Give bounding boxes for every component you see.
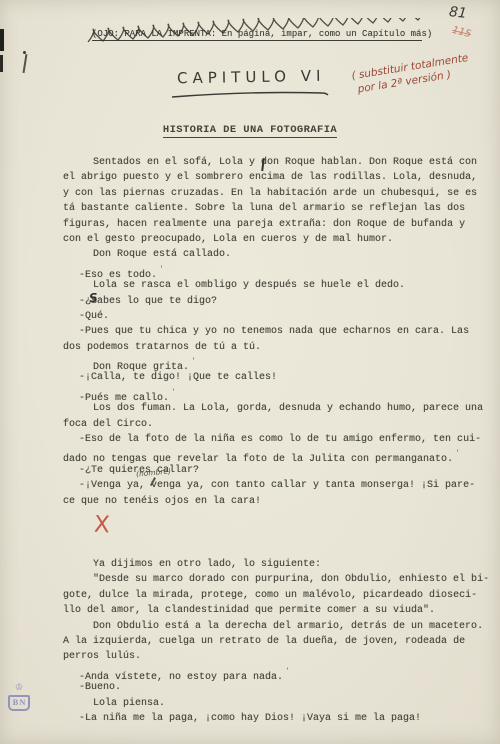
pen-tick-mark: ʼ	[159, 266, 164, 275]
typed-line: figuras, hacen realmente una pareja extr…	[63, 217, 488, 232]
pen-overwrite-s: S	[88, 291, 98, 306]
typed-line: y con las piernas cruzadas. En la habita…	[63, 186, 488, 201]
typed-body: Sentados en el sofá, Lola y don Roque ha…	[63, 155, 488, 726]
typed-line: Lola se rasca el ombligo y después se hu…	[63, 278, 488, 293]
line-gap	[63, 509, 488, 557]
margin-pen-dot	[23, 51, 26, 54]
red-revision-note: ( substituir totalmente por la 2ª versió…	[351, 51, 472, 97]
typed-line: Don Roque grita.ʼ	[63, 355, 488, 370]
typed-line: dado no tengas que revelar la foto de la…	[63, 447, 488, 462]
pen-tick-mark: ʼ	[455, 450, 460, 459]
typed-line: A la izquierda, cuelga un retrato de la …	[63, 634, 488, 649]
red-x-mark: X	[93, 512, 110, 539]
struck-printer-note: (OJO: PARA LA IMPRENTA: En página, impar…	[92, 29, 422, 41]
typed-line: Ya dijimos en otro lado, lo siguiente:	[63, 557, 488, 572]
typed-line: -Pues que tu chica y yo no tenemos nada …	[63, 324, 488, 339]
typed-line: Don Obdulio está a la derecha del armari…	[63, 619, 488, 634]
typed-line: -La niña me la paga, ¡como hay Dios! ¡Va…	[63, 711, 488, 726]
typed-line: ce que no tenéis ojos en la cara!	[63, 494, 488, 509]
stamp-initials: BN	[8, 695, 31, 711]
crown-icon: ♔	[6, 682, 32, 692]
pen-tick-mark: ʼ	[191, 358, 196, 367]
pen-tick-mark: ʼ	[285, 668, 290, 677]
typed-line: Los dos fuman. La Lola, gorda, desnuda y…	[63, 401, 488, 416]
manuscript-page: 81 115 (OJO: PARA LA IMPRENTA: En página…	[0, 0, 500, 744]
typed-line: "Desde su marco dorado con purpurina, do…	[63, 572, 488, 587]
typed-line: -Eso es todo.ʼ	[63, 263, 488, 278]
typed-line: perros lulús.	[63, 649, 488, 664]
typed-line: Lola piensa.	[63, 696, 488, 711]
typed-line: Don Roque está callado.	[63, 247, 488, 262]
typed-line: -¿Te quieres callar?	[63, 463, 488, 478]
typed-line: -¡Venga ya, venga ya, con tanto callar y…	[63, 478, 488, 493]
typed-line: -¡Calla, te digo! ¡Que te calles!	[63, 370, 488, 385]
typed-line: foca del Circo.	[63, 417, 488, 432]
typed-line: -Pués me callo.ʼ	[63, 386, 488, 401]
library-stamp: ♔ BN	[6, 682, 32, 711]
typed-line: el abrigo puesto y el sombrero encima de…	[63, 170, 488, 185]
typed-line: llo del amor, la clandestinidad que perm…	[63, 603, 488, 618]
chapter-underline	[170, 88, 330, 100]
typed-line: -Qué.	[63, 309, 488, 324]
typed-line: -Anda vístete, no estoy para nada.ʼ	[63, 665, 488, 680]
scan-edge-mark	[0, 55, 3, 72]
pen-tick-mark: ʼ	[171, 389, 176, 398]
catalog-number-struck: 115	[451, 25, 472, 40]
typed-line: Sentados en el sofá, Lola y don Roque ha…	[63, 155, 488, 170]
margin-pen-tick	[23, 54, 27, 73]
scan-edge-mark	[0, 29, 4, 51]
typed-line: con el gesto preocupado, Lola en cueros …	[63, 232, 488, 247]
section-title-text: HISTORIA DE UNA FOTOGRAFIA	[163, 124, 337, 138]
typed-line: dos podemos tratarnos de tú a tú.	[63, 340, 488, 355]
section-title: HISTORIA DE UNA FOTOGRAFIA	[0, 124, 500, 136]
typed-line: tá bastante caliente. Sobre la luna del …	[63, 201, 488, 216]
typed-line: gote, dulce la mirada, protege, como un …	[63, 588, 488, 603]
typed-line: -Eso de la foto de la niña es como lo de…	[63, 432, 488, 447]
page-number: 81	[448, 4, 467, 22]
typed-line: -¿Sabes lo que te digo?	[63, 294, 488, 309]
chapter-heading: CAPITULO VI	[177, 67, 326, 88]
